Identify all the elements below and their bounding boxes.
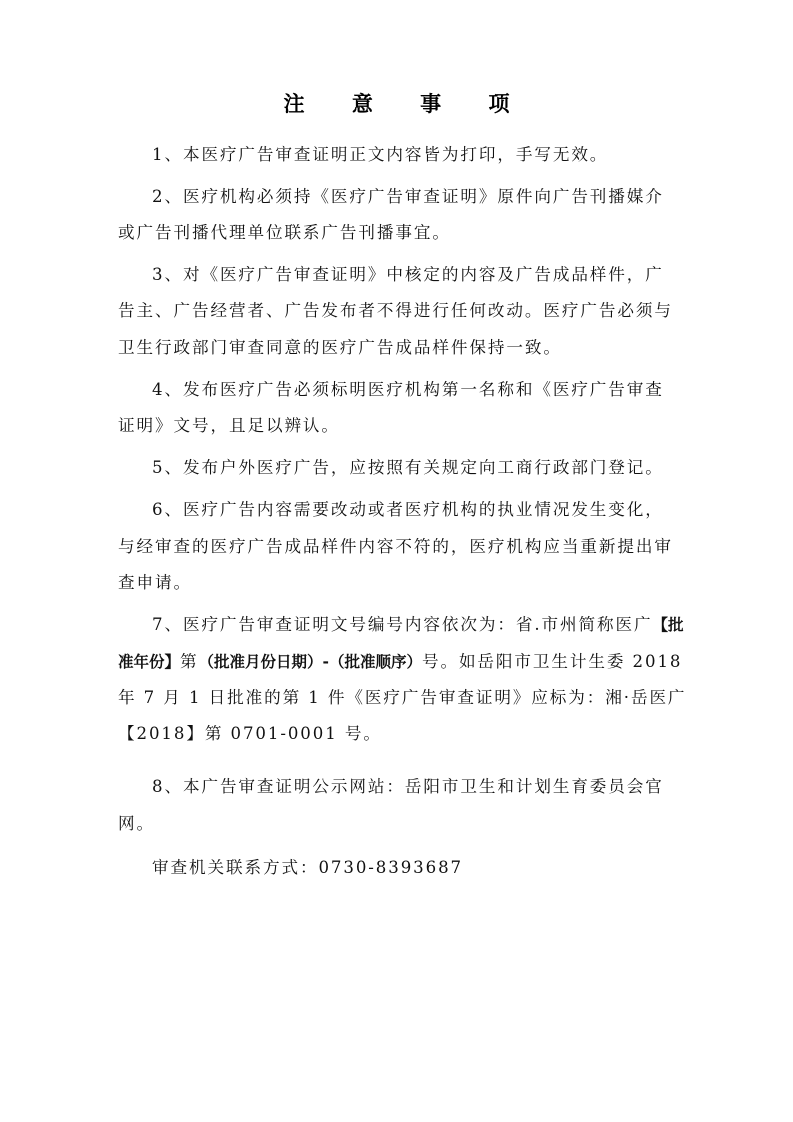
notice-item-2-line-2: 或广告刊播代理单位联系广告刊播事宜。 xyxy=(118,222,678,244)
notice-item-6-line-2: 与经审查的医疗广告成品样件内容不符的，医疗机构应当重新提出审 xyxy=(118,536,678,558)
notice-item-7-text-di: 第 xyxy=(180,652,199,671)
notice-item-6-line-1: 6、医疗广告内容需要改动或者医疗机构的执业情况发生变化， xyxy=(152,499,712,521)
notice-item-4-line-1: 4、发布医疗广告必须标明医疗机构第一名称和《医疗广告审查 xyxy=(152,379,712,401)
notice-item-7-bold-date-order: （批准月份日期）-（批准顺序） xyxy=(199,653,422,671)
notice-item-3-line-2: 告主、广告经营者、广告发布者不得进行任何改动。医疗广告必须与 xyxy=(118,300,678,322)
contact-info: 审查机关联系方式：0730-8393687 xyxy=(152,857,712,879)
notice-item-7-line-3: 年 7 月 1 日批准的第 1 件《医疗广告审查证明》应标为：湘·岳医广 xyxy=(118,687,678,709)
notice-item-4-line-2: 证明》文号，且足以辨认。 xyxy=(118,415,678,437)
notice-item-7-bold-year: 准年份】 xyxy=(118,653,180,671)
notice-item-7-text-example: 号。如岳阳市卫生计生委 2018 xyxy=(422,652,682,671)
notice-item-7-line-4: 【2018】第 0701-0001 号。 xyxy=(118,723,678,745)
notice-item-3-line-1: 3、对《医疗广告审查证明》中核定的内容及广告成品样件，广 xyxy=(152,264,712,286)
notice-item-8-line-2: 网。 xyxy=(118,813,678,835)
notice-item-7-line-1: 7、医疗广告审查证明文号编号内容依次为：省.市州简称医广【批 xyxy=(152,614,712,636)
notice-item-7-line-1-text: 7、医疗广告审查证明文号编号内容依次为：省.市州简称医广 xyxy=(152,615,652,634)
notice-item-1: 1、本医疗广告审查证明正文内容皆为打印，手写无效。 xyxy=(152,144,712,166)
page-title: 注 意 事 项 xyxy=(0,88,793,118)
notice-item-8-line-1: 8、本广告审查证明公示网站：岳阳市卫生和计划生育委员会官 xyxy=(152,776,712,798)
notice-item-6-line-3: 查申请。 xyxy=(118,572,678,594)
notice-item-5: 5、发布户外医疗广告，应按照有关规定向工商行政部门登记。 xyxy=(152,457,712,479)
notice-item-7-line-2: 准年份】第（批准月份日期）-（批准顺序）号。如岳阳市卫生计生委 2018 xyxy=(118,651,678,673)
notice-item-2-line-1: 2、医疗机构必须持《医疗广告审查证明》原件向广告刊播媒介 xyxy=(152,186,712,208)
notice-item-3-line-3: 卫生行政部门审查同意的医疗广告成品样件保持一致。 xyxy=(118,337,678,359)
notice-item-7-bold-text: 【批 xyxy=(652,616,683,634)
